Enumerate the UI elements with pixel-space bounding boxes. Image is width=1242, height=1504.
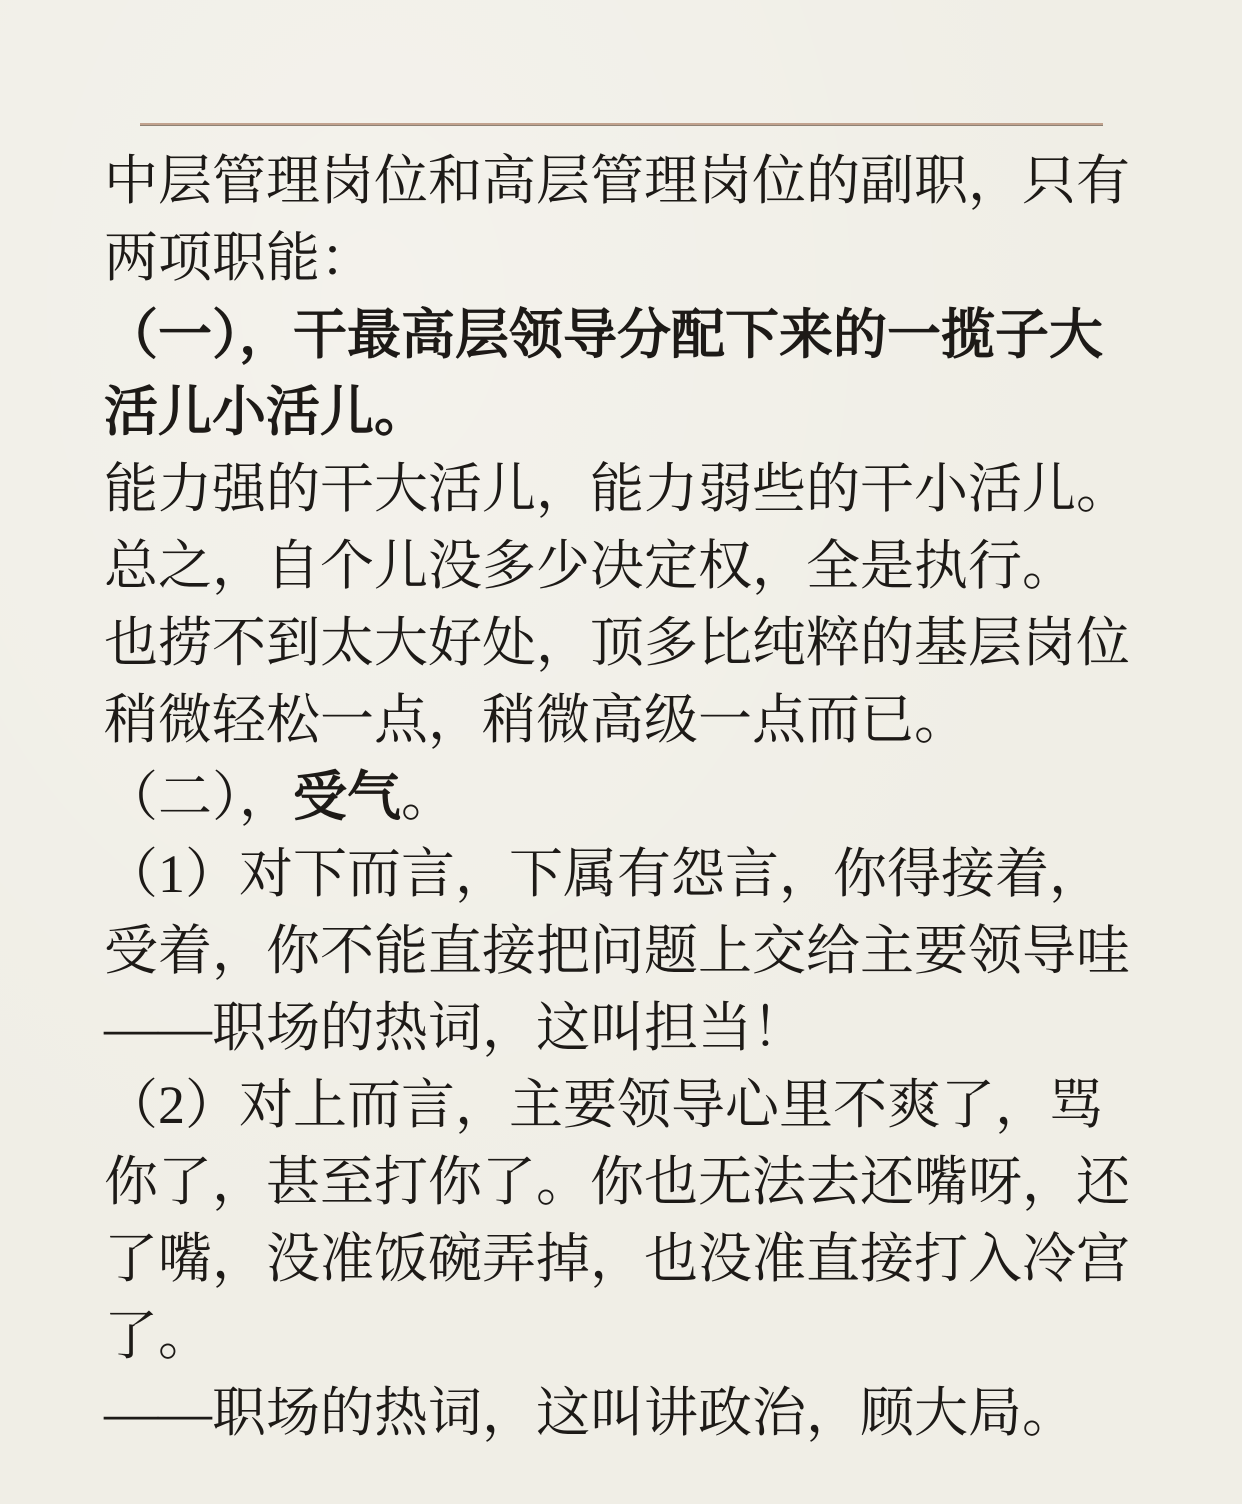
section-divider — [140, 123, 1103, 126]
text-line: 中层管理岗位和高层管理岗位的副职，只有 — [104, 143, 1140, 220]
text-line: （1）对下而言，下属有怨言，你得接着， — [104, 836, 1140, 913]
body-text: 稍微轻松一点，稍微高级一点而已。 — [104, 690, 968, 750]
text-line: 了嘴，没准饭碗弄掉，也没准直接打入冷宫 — [104, 1221, 1140, 1298]
text-line: 稍微轻松一点，稍微高级一点而已。 — [104, 682, 1140, 759]
text-line: 总之，自个儿没多少决定权，全是执行。 — [104, 528, 1140, 605]
text-line: （一），干最高层领导分配下来的一揽子大 — [104, 297, 1140, 374]
body-text: 两项职能： — [104, 228, 374, 288]
body-text: 。 — [401, 767, 455, 827]
text-line: 活儿小活儿。 — [104, 374, 1140, 451]
body-text: 总之，自个儿没多少决定权，全是执行。 — [104, 536, 1076, 596]
bold-text: （一），干最高层领导分配下来的一揽子大 — [104, 305, 1103, 365]
body-text: （2）对上而言，主要领导心里不爽了，骂 — [104, 1075, 1103, 1135]
text-line: 受着，你不能直接把问题上交给主要领导哇 — [104, 913, 1140, 990]
text-line: 了。 — [104, 1298, 1140, 1375]
text-line: ——职场的热词，这叫担当！ — [104, 990, 1140, 1067]
body-text: 也捞不到太大好处，顶多比纯粹的基层岗位 — [104, 613, 1130, 673]
body-text: 中层管理岗位和高层管理岗位的副职，只有 — [104, 151, 1130, 211]
body-text: 你了，甚至打你了。你也无法去还嘴呀，还 — [104, 1152, 1130, 1212]
body-text: ——职场的热词，这叫担当！ — [104, 998, 806, 1058]
bold-text: 受气 — [293, 767, 401, 827]
body-text: 能力强的干大活儿，能力弱些的干小活儿。 — [104, 459, 1130, 519]
body-text: ——职场的热词，这叫讲政治，顾大局。 — [104, 1383, 1076, 1443]
text-line: 能力强的干大活儿，能力弱些的干小活儿。 — [104, 451, 1140, 528]
text-line: ——职场的热词，这叫讲政治，顾大局。 — [104, 1375, 1140, 1452]
page: 中层管理岗位和高层管理岗位的副职，只有两项职能：（一），干最高层领导分配下来的一… — [0, 0, 1242, 1504]
text-line: 两项职能： — [104, 220, 1140, 297]
text-line: （二），受气。 — [104, 759, 1140, 836]
text-line: 也捞不到太大好处，顶多比纯粹的基层岗位 — [104, 605, 1140, 682]
body-text: （1）对下而言，下属有怨言，你得接着， — [104, 844, 1103, 904]
bold-text: 活儿小活儿。 — [104, 382, 428, 442]
text-line: （2）对上而言，主要领导心里不爽了，骂 — [104, 1067, 1140, 1144]
body-text: 了嘴，没准饭碗弄掉，也没准直接打入冷宫 — [104, 1229, 1130, 1289]
body-text: （二）， — [104, 767, 293, 827]
body-text: 了。 — [104, 1306, 212, 1366]
article-body: 中层管理岗位和高层管理岗位的副职，只有两项职能：（一），干最高层领导分配下来的一… — [104, 143, 1140, 1452]
body-text: 受着，你不能直接把问题上交给主要领导哇 — [104, 921, 1130, 981]
text-line: 你了，甚至打你了。你也无法去还嘴呀，还 — [104, 1144, 1140, 1221]
